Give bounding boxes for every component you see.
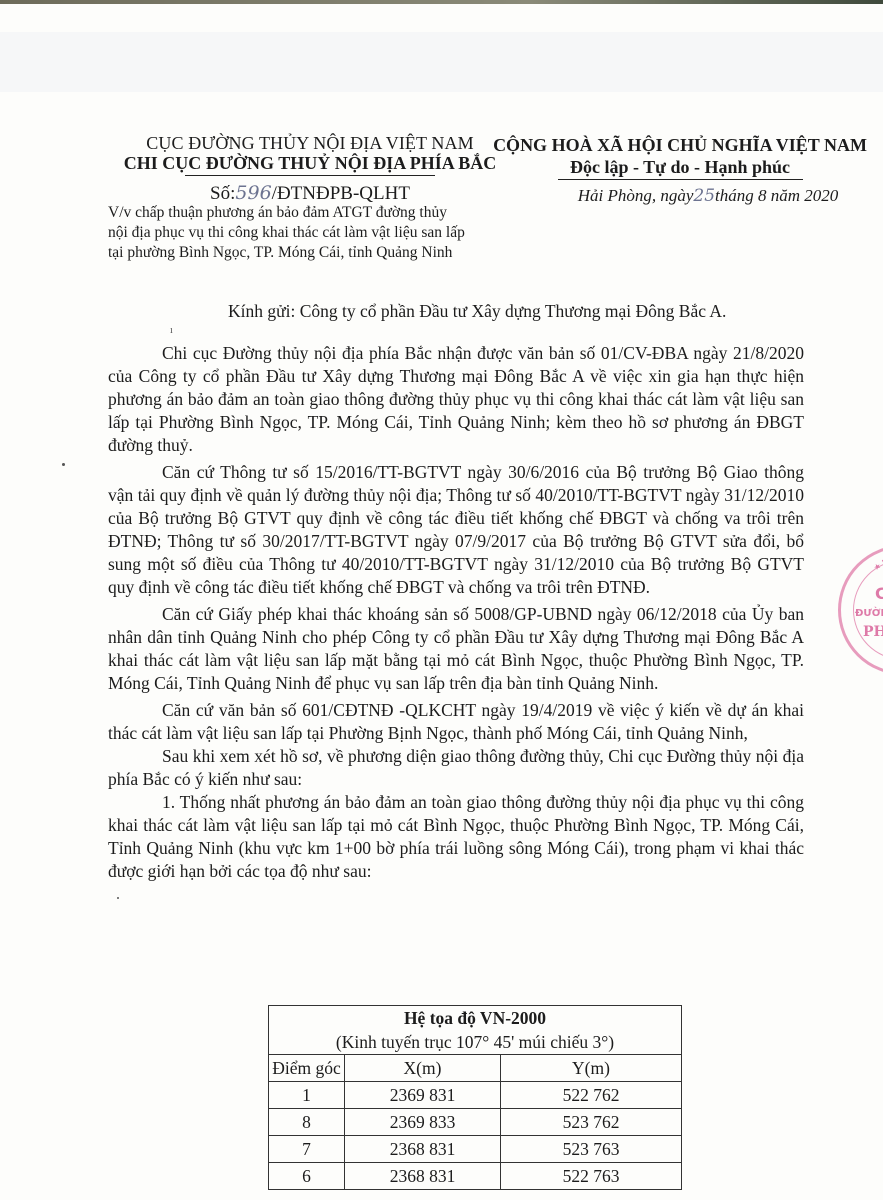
subject-line: tại phường Bình Ngọc, TP. Móng Cái, tỉnh… [108,243,528,263]
cell-y: 523 762 [501,1109,682,1136]
scan-top-edge [0,0,883,4]
paragraph-receipt: Chi cục Đường thủy nội địa phía Bắc nhận… [108,342,804,457]
letter-body: Chi cục Đường thủy nội địa phía Bắc nhận… [108,342,804,887]
day-handwritten: 25 [693,186,715,206]
column-header-point: Điểm góc [269,1055,345,1082]
column-header-x: X(m) [345,1055,501,1082]
recipient-line: Kính gửi: Công ty cổ phần Đầu tư Xây dựn… [228,300,726,322]
scan-speck [62,463,65,466]
place-date-prefix: Hải Phòng, ngày [578,186,694,205]
cell-y: 523 763 [501,1136,682,1163]
subject-block: V/v chấp thuận phương án bảo đảm ATGT đư… [108,203,528,263]
stamp-center-line: C [875,584,883,603]
cell-x: 2368 831 [345,1163,501,1190]
stamp-center-line: ĐƯỜN [855,608,883,619]
column-header-y: Y(m) [501,1055,682,1082]
paragraph-item-1: 1. Thống nhất phương án bảo đảm an toàn … [108,791,804,883]
cell-point: 1 [269,1082,345,1109]
national-header-block: CỘNG HOÀ XÃ HỘI CHỦ NGHĨA VIỆT NAM Độc l… [480,134,880,211]
cell-point: 6 [269,1163,345,1190]
paragraph-legal-basis-license: Căn cứ Giấy phép khai thác khoáng sản số… [108,603,804,695]
agency-parent: CỤC ĐƯỜNG THỦY NỘI ĐỊA VIỆT NAM [100,134,520,153]
table-header-row: Điểm góc X(m) Y(m) [269,1055,682,1082]
table-row: 7 2368 831 523 763 [269,1136,682,1163]
official-stamp: ★ BỘ GIAO C ĐƯỜN PH [838,545,883,675]
paragraph-review: Sau khi xem xét hồ sơ, về phương diện gi… [108,745,804,791]
cell-x: 2368 831 [345,1136,501,1163]
doc-number-suffix: /ĐTNĐPB-QLHT [272,183,410,204]
cell-x: 2369 833 [345,1109,501,1136]
place-date-suffix: tháng 8 năm 2020 [715,186,838,205]
paragraph-legal-basis-circulars: Căn cứ Thông tư số 15/2016/TT-BGTVT ngày… [108,461,804,599]
table-row: 8 2369 833 523 762 [269,1109,682,1136]
motto: Độc lập - Tự do - Hạnh phúc [480,156,880,178]
coordinates-table: Hệ tọa độ VN-2000 (Kinh tuyến trục 107° … [268,1005,682,1190]
table-row: 1 2369 831 522 762 [269,1082,682,1109]
paragraph-legal-basis-document: Căn cứ văn bản số 601/CĐTNĐ -QLKCHT ngày… [108,699,804,745]
cell-point: 8 [269,1109,345,1136]
doc-number-prefix: Số: [210,183,235,204]
issuing-agency-block: CỤC ĐƯỜNG THỦY NỘI ĐỊA VIỆT NAM CHI CỤC … [100,134,520,207]
place-date: Hải Phòng, ngày25tháng 8 năm 2020 [480,181,880,211]
doc-number-handwritten: 596 [235,182,271,204]
scan-mark: ı [170,325,173,336]
motto-underline [558,179,803,180]
agency-name: CHI CỤC ĐƯỜNG THUỶ NỘI ĐỊA PHÍA BẮC [100,153,520,173]
cell-y: 522 762 [501,1082,682,1109]
table-row: 6 2368 831 522 763 [269,1163,682,1190]
cell-y: 522 763 [501,1163,682,1190]
table-subtitle: (Kinh tuyến trục 107° 45' múi chiếu 3°) [269,1030,682,1055]
cell-point: 7 [269,1136,345,1163]
stamp-ring-text: ★ BỘ GIAO [872,541,883,573]
table-title: Hệ tọa độ VN-2000 [269,1006,682,1031]
subject-line: nội địa phục vụ thi công khai thác cát l… [108,223,528,243]
agency-underline [185,175,435,176]
stamp-center-line: PH [863,624,883,640]
scan-speck [117,897,119,899]
cell-x: 2369 831 [345,1082,501,1109]
nation-title: CỘNG HOÀ XÃ HỘI CHỦ NGHĨA VIỆT NAM [480,134,880,156]
subject-line: V/v chấp thuận phương án bảo đảm ATGT đư… [108,203,528,223]
scan-band [0,32,883,92]
